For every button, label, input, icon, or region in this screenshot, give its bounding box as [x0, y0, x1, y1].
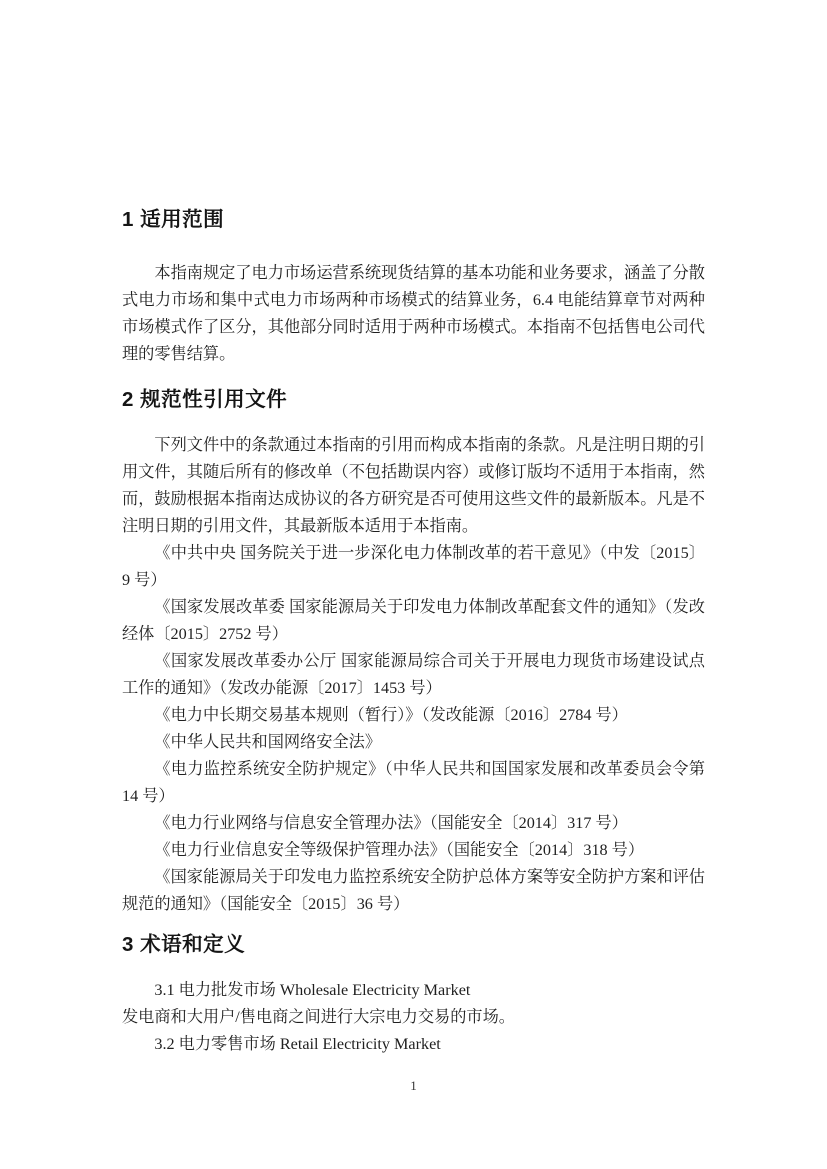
section-heading-terms-and-definitions: 3 术语和定义: [122, 930, 705, 960]
reference-item: 《国家发展改革委 国家能源局关于印发电力体制改革配套文件的通知》（发改经体〔20…: [122, 594, 705, 648]
normative-references-intro-paragraph: 下列文件中的条款通过本指南的引用而构成本指南的条款。凡是注明日期的引用文件，其随…: [122, 432, 705, 540]
document-page: 1 适用范围 本指南规定了电力市场运营系统现货结算的基本功能和业务要求，涵盖了分…: [0, 0, 827, 1169]
reference-item: 《中华人民共和国网络安全法》: [122, 729, 705, 756]
section-heading-scope: 1 适用范围: [122, 205, 705, 235]
reference-item: 《国家能源局关于印发电力监控系统安全防护总体方案等安全防护方案和评估规范的通知》…: [122, 864, 705, 918]
reference-item: 《电力行业网络与信息安全管理办法》（国能安全〔2014〕317 号）: [122, 810, 705, 837]
term-retail-electricity-market: 3.2 电力零售市场 Retail Electricity Market: [122, 1031, 705, 1058]
scope-paragraph: 本指南规定了电力市场运营系统现货结算的基本功能和业务要求，涵盖了分散式电力市场和…: [122, 260, 705, 368]
reference-item: 《电力行业信息安全等级保护管理办法》（国能安全〔2014〕318 号）: [122, 837, 705, 864]
term-wholesale-definition: 发电商和大用户/售电商之间进行大宗电力交易的市场。: [122, 1004, 705, 1031]
section-heading-normative-references: 2 规范性引用文件: [122, 385, 705, 415]
reference-item: 《中共中央 国务院关于进一步深化电力体制改革的若干意见》（中发〔2015〕9 号…: [122, 540, 705, 594]
reference-item: 《国家发展改革委办公厅 国家能源局综合司关于开展电力现货市场建设试点工作的通知》…: [122, 648, 705, 702]
reference-item: 《电力中长期交易基本规则（暂行）》（发改能源〔2016〕2784 号）: [122, 702, 705, 729]
document-content: 1 适用范围 本指南规定了电力市场运营系统现货结算的基本功能和业务要求，涵盖了分…: [122, 205, 705, 1058]
reference-item: 《电力监控系统安全防护规定》（中华人民共和国国家发展和改革委员会令第 14 号）: [122, 756, 705, 810]
term-wholesale-electricity-market: 3.1 电力批发市场 Wholesale Electricity Market: [122, 977, 705, 1004]
page-number: 1: [0, 1078, 827, 1094]
